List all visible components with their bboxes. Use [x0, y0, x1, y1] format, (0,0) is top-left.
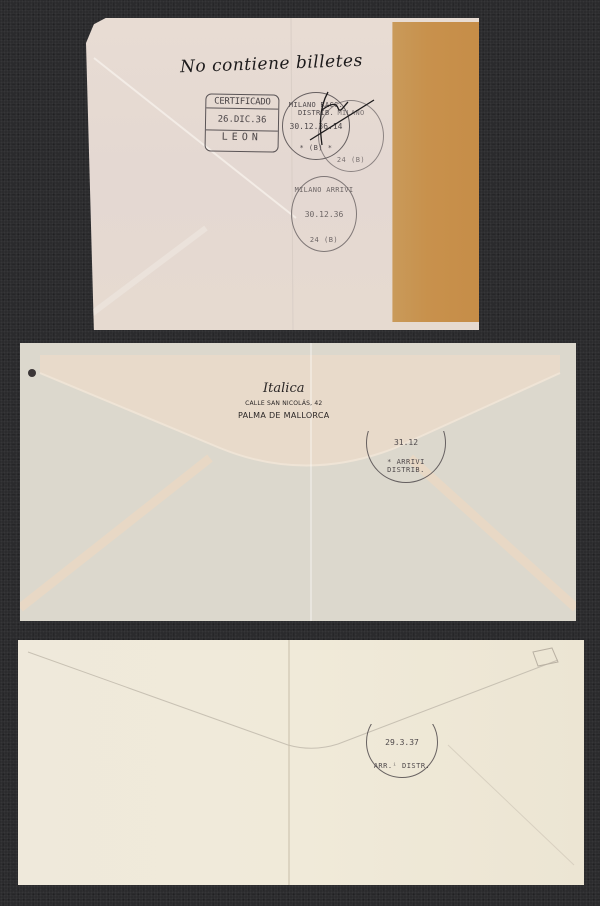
sender-street: CALLE SAN NICOLÁS, 42 [238, 400, 330, 407]
sender-imprint: Italica CALLE SAN NICOLÁS, 42 PALMA DE M… [238, 381, 330, 420]
sender-name: Italica [238, 381, 330, 396]
envelope-flap-lines [18, 640, 584, 885]
registration-stamp-date: 26.DIC.36 [206, 108, 278, 130]
fold-crease [288, 640, 290, 885]
sender-city: PALMA DE MALLORCA [238, 411, 330, 420]
registration-stamp-city: LEON [206, 129, 278, 143]
signature-icon [308, 90, 378, 150]
envelope-3-plain: 29.3.37 ARR.ⁱ DISTR. [18, 640, 584, 885]
postmark-milano-3: MILANO ARRIVI 30.12.36 24 (B) [291, 176, 357, 252]
registration-stamp-header: CERTIFICADO [206, 94, 278, 109]
censor-tape [392, 22, 479, 322]
registration-stamp: CERTIFICADO 26.DIC.36 LEON [204, 93, 279, 152]
envelope-2-palma-de-mallorca: Italica CALLE SAN NICOLÁS, 42 PALMA DE M… [20, 343, 576, 621]
envelope-1-registered-leon: No contiene billetes CERTIFICADO 26.DIC.… [86, 18, 479, 330]
